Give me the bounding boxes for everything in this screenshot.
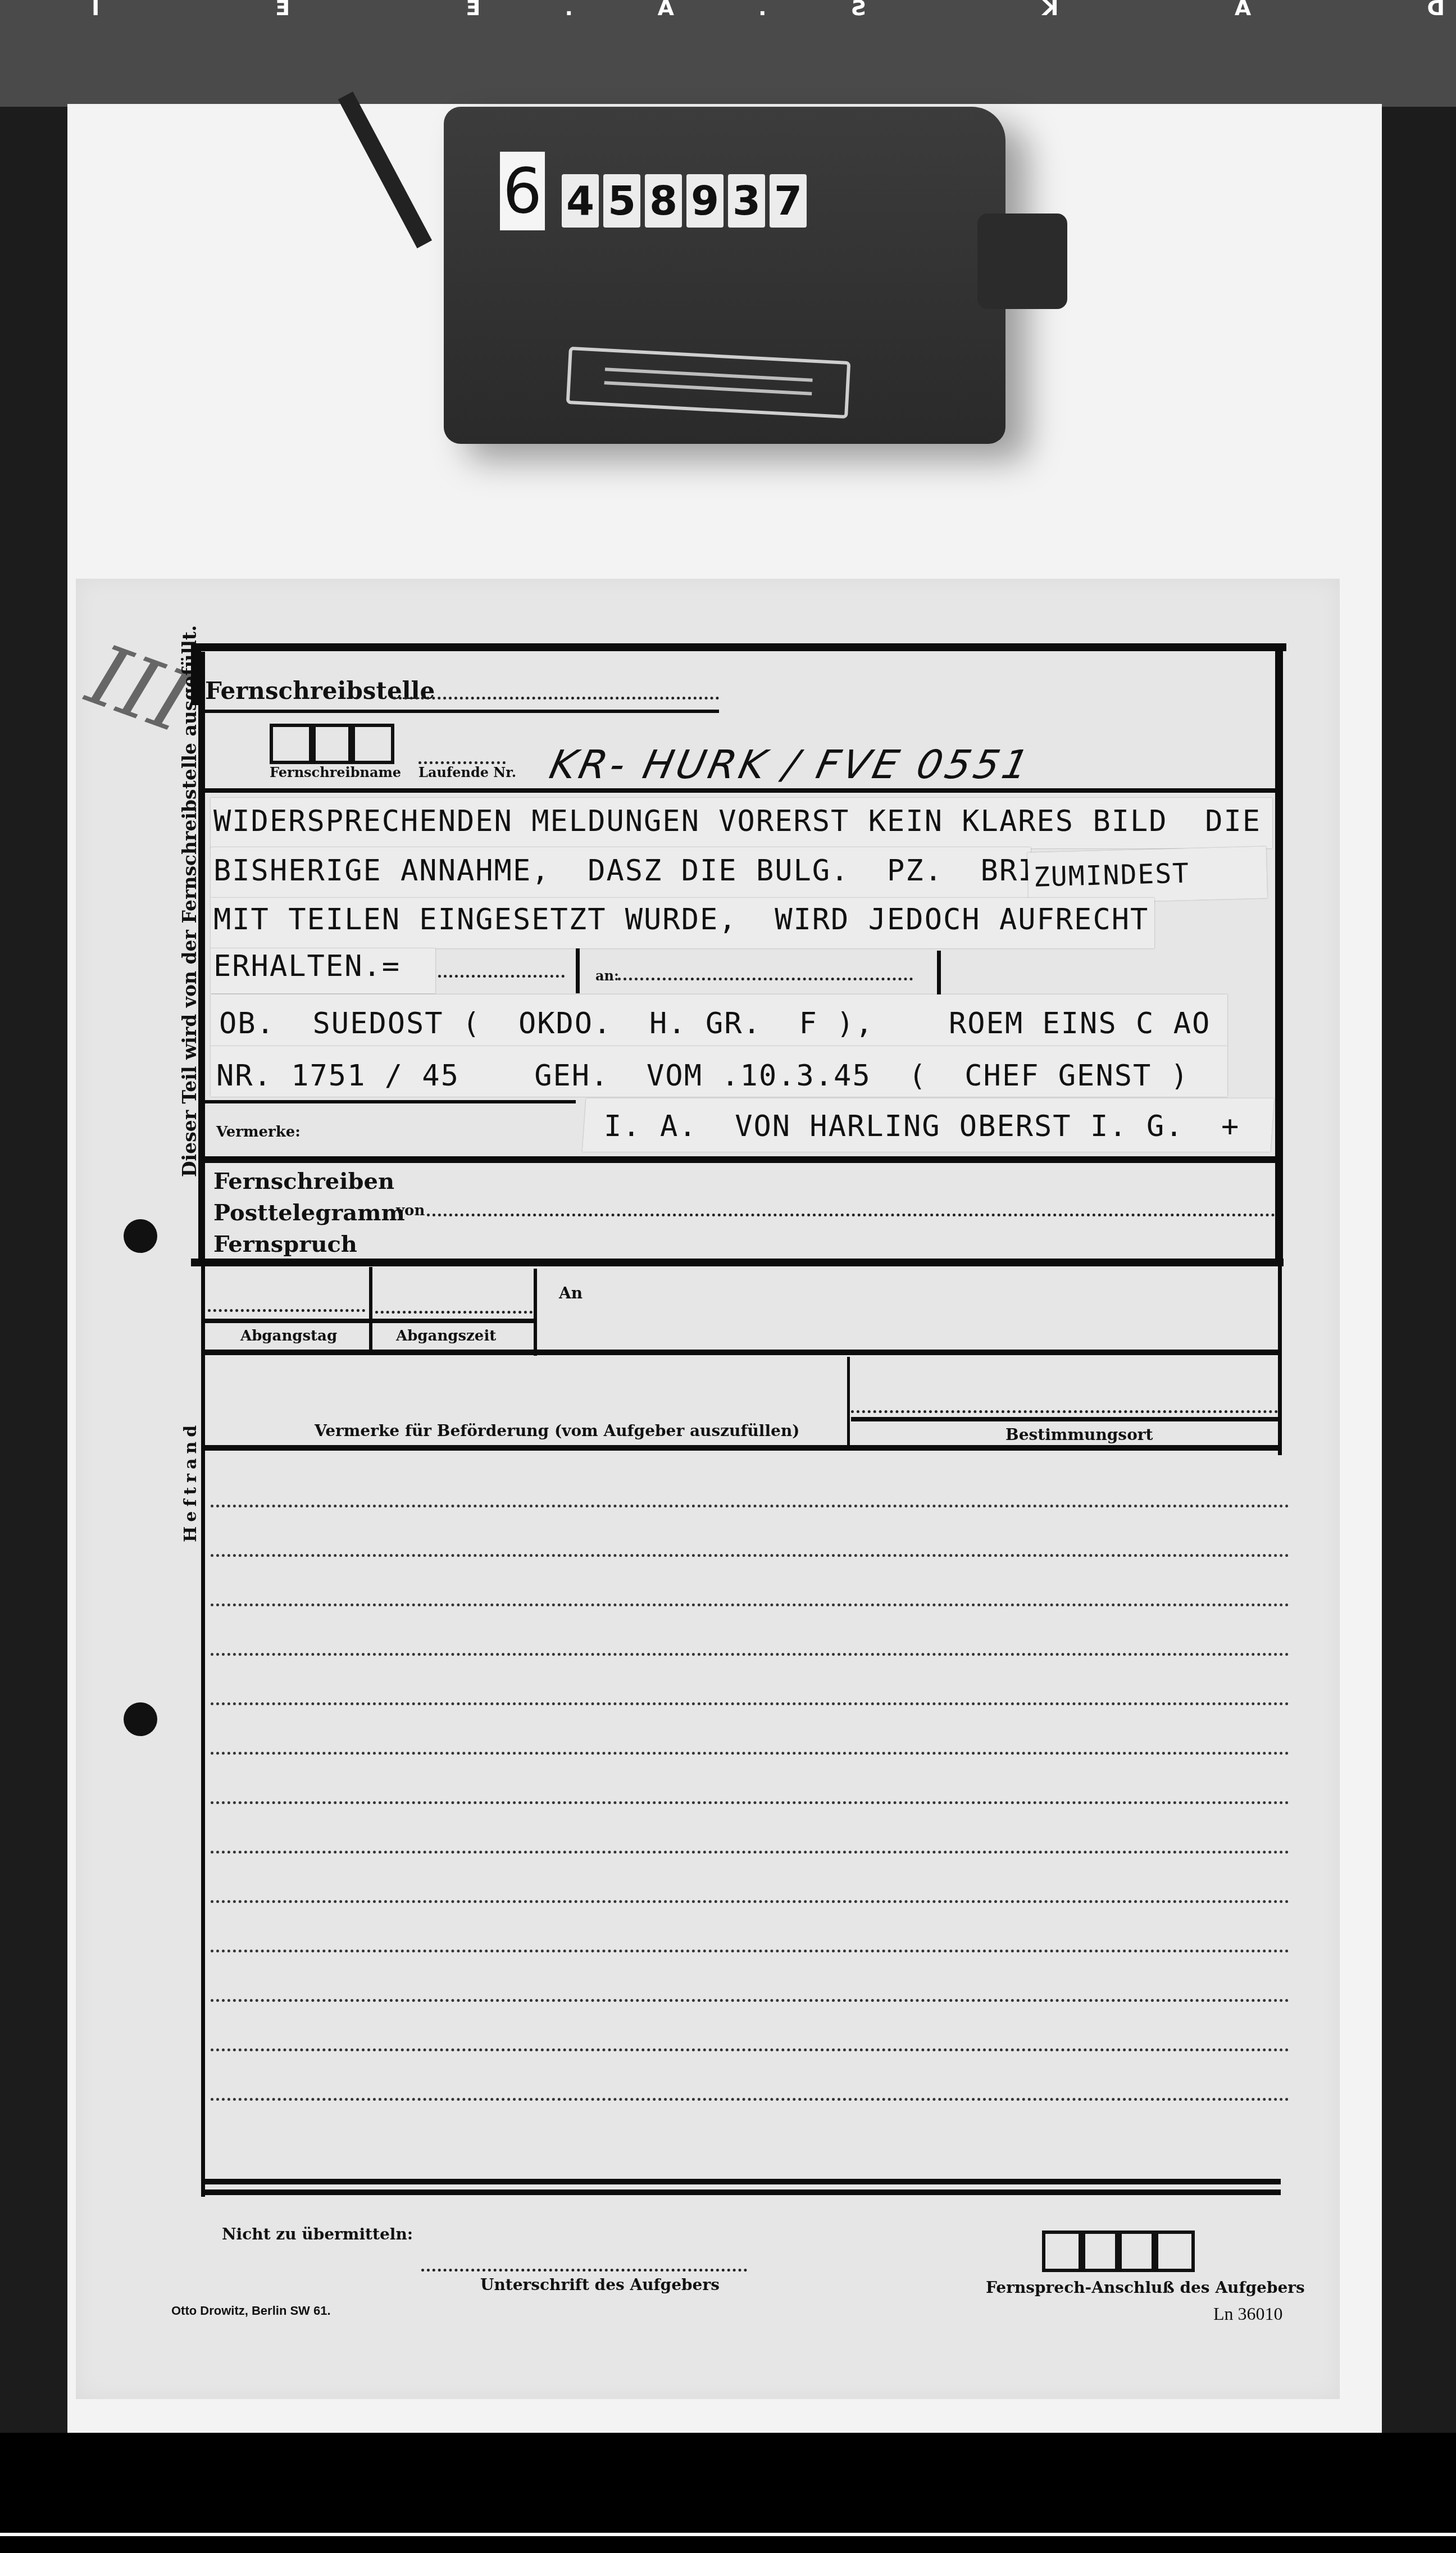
frame-right-border bbox=[1275, 646, 1283, 1264]
von-label: von bbox=[396, 1202, 425, 1219]
ruled-line bbox=[211, 1752, 1289, 1755]
heftrand-label: Heftrand bbox=[181, 1421, 201, 1542]
abgangszeit-label: Abgangszeit bbox=[396, 1328, 496, 1344]
counter-digit: 4 bbox=[562, 174, 599, 228]
side-note: Dieser Teil wird von der Fernschreibstel… bbox=[179, 625, 201, 1177]
von-field[interactable] bbox=[427, 1214, 1275, 1216]
punch-hole bbox=[124, 1702, 157, 1736]
divider-vertical bbox=[369, 1267, 372, 1354]
an-label-2: An bbox=[559, 1284, 583, 1302]
double-rule-bottom bbox=[205, 2189, 1281, 2195]
microfilm-edge-text: D A K S.A.E E I X A E I W bbox=[11, 0, 1445, 18]
fernsprech-box[interactable] bbox=[1152, 2231, 1195, 2272]
divider bbox=[205, 1445, 1279, 1451]
counter-digit: 3 bbox=[728, 174, 765, 228]
message-line: MIT TEILEN EINGESETZT WURDE, WIRD JEDOCH… bbox=[213, 903, 1149, 937]
message-line-tail: ZUMINDEST bbox=[1033, 857, 1190, 893]
divider bbox=[205, 1156, 1278, 1163]
unterschrift-label: Unterschrift des Aufgebers bbox=[480, 2275, 720, 2294]
film-edge-line bbox=[0, 2533, 1456, 2536]
ruled-line bbox=[211, 1801, 1289, 1804]
ruled-line bbox=[211, 1603, 1289, 1606]
laufende-nr-value[interactable]: KR- HURK / FVE 0551 bbox=[545, 742, 1036, 788]
counter-digit: 8 bbox=[645, 174, 682, 228]
counter-tag: 6 bbox=[500, 152, 545, 230]
frame-right-border-lower bbox=[1278, 1264, 1282, 1455]
counter-digit: 9 bbox=[686, 174, 724, 228]
divider-vertical bbox=[534, 1269, 537, 1356]
divider-vertical bbox=[937, 951, 941, 996]
divider-vertical bbox=[576, 948, 580, 993]
fernschreibstelle-field[interactable] bbox=[393, 697, 719, 699]
fernschreibstelle-label: Fernschreibstelle bbox=[205, 677, 435, 705]
ruled-line bbox=[211, 1554, 1289, 1557]
fernschreibname-box[interactable] bbox=[348, 724, 394, 764]
divider bbox=[205, 710, 719, 713]
bestimmungsort-label: Bestimmungsort bbox=[1005, 1425, 1153, 1444]
fernschreibname-label: Fernschreibname bbox=[270, 764, 401, 780]
frame-top-border bbox=[191, 643, 1286, 651]
nicht-zu-uebermitteln-label: Nicht zu übermitteln: bbox=[222, 2225, 413, 2243]
divider bbox=[205, 1319, 535, 1323]
ruled-line bbox=[211, 1999, 1289, 2002]
address-line: NR. 1751 / 45 GEH. VOM .10.3.45 ( CHEF G… bbox=[216, 1059, 1189, 1093]
abgangstag-label: Abgangstag bbox=[240, 1328, 337, 1344]
ruled-line bbox=[211, 2098, 1289, 2101]
fernsprech-anschluss-label: Fernsprech-Anschluß des Aufgebers bbox=[986, 2278, 1305, 2297]
signature-line: I. A. VON HARLING OBERST I. G. + bbox=[604, 1110, 1240, 1143]
message-line: ERHALTEN.= bbox=[213, 950, 401, 983]
double-rule-top bbox=[205, 2179, 1281, 2184]
type-fernspruch: Fernspruch bbox=[213, 1229, 405, 1260]
transmission-type-labels: Fernschreiben Posttelegramm Fernspruch bbox=[213, 1166, 405, 1260]
laufende-nr-dots bbox=[418, 761, 506, 764]
erhalten-dots bbox=[438, 975, 565, 978]
bestimmungsort-field[interactable] bbox=[851, 1410, 1278, 1413]
counter-digit: 7 bbox=[770, 174, 807, 228]
ruled-line bbox=[211, 2048, 1289, 2051]
message-line: BISHERIGE ANNAHME, DASZ DIE BULG. PZ. BR… bbox=[213, 854, 1074, 888]
ruled-line bbox=[211, 1900, 1289, 1903]
ruled-line bbox=[211, 1653, 1289, 1656]
microfilm-top-strip: D A K S.A.E E I X A E I W bbox=[0, 0, 1456, 107]
divider bbox=[205, 1100, 576, 1103]
ruled-line bbox=[211, 1702, 1289, 1705]
divider bbox=[205, 1350, 1279, 1355]
abgangstag-field[interactable] bbox=[208, 1309, 365, 1312]
type-fernschreiben: Fernschreiben bbox=[213, 1166, 405, 1197]
divider-vertical bbox=[847, 1357, 850, 1450]
ruled-line bbox=[211, 1505, 1289, 1507]
an-field[interactable] bbox=[618, 978, 913, 980]
ruled-line bbox=[211, 1851, 1289, 1854]
laufende-nr-label: Laufende Nr. bbox=[418, 764, 516, 780]
counter-knob bbox=[977, 213, 1067, 309]
form-number: Ln 36010 bbox=[1213, 2304, 1283, 2324]
unterschrift-field[interactable] bbox=[421, 2269, 747, 2272]
frame-left-border bbox=[198, 652, 205, 1264]
vermerke-befoerderung-label: Vermerke für Beförderung (vom Aufgeber a… bbox=[315, 1421, 800, 1440]
divider bbox=[205, 788, 1278, 793]
message-line: WIDERSPRECHENDEN MELDUNGEN VORERST KEIN … bbox=[213, 805, 1261, 838]
printer-imprint: Otto Drowitz, Berlin SW 61. bbox=[171, 2304, 331, 2318]
counter-digit: 5 bbox=[603, 174, 640, 228]
counter-digits: 4 5 8 9 3 7 bbox=[562, 174, 807, 228]
abgangszeit-field[interactable] bbox=[375, 1311, 533, 1314]
ruled-line bbox=[211, 1950, 1289, 1952]
an-label: an: bbox=[595, 967, 619, 984]
divider bbox=[851, 1417, 1279, 1421]
divider bbox=[191, 1259, 1284, 1266]
address-line: OB. SUEDOST ( OKDO. H. GR. F ), ROEM EIN… bbox=[219, 1007, 1211, 1041]
punch-hole bbox=[124, 1219, 157, 1253]
vermerke-label: Vermerke: bbox=[216, 1124, 301, 1141]
type-posttelegramm: Posttelegramm bbox=[213, 1197, 405, 1229]
frame-left-border-lower bbox=[201, 1259, 205, 2197]
